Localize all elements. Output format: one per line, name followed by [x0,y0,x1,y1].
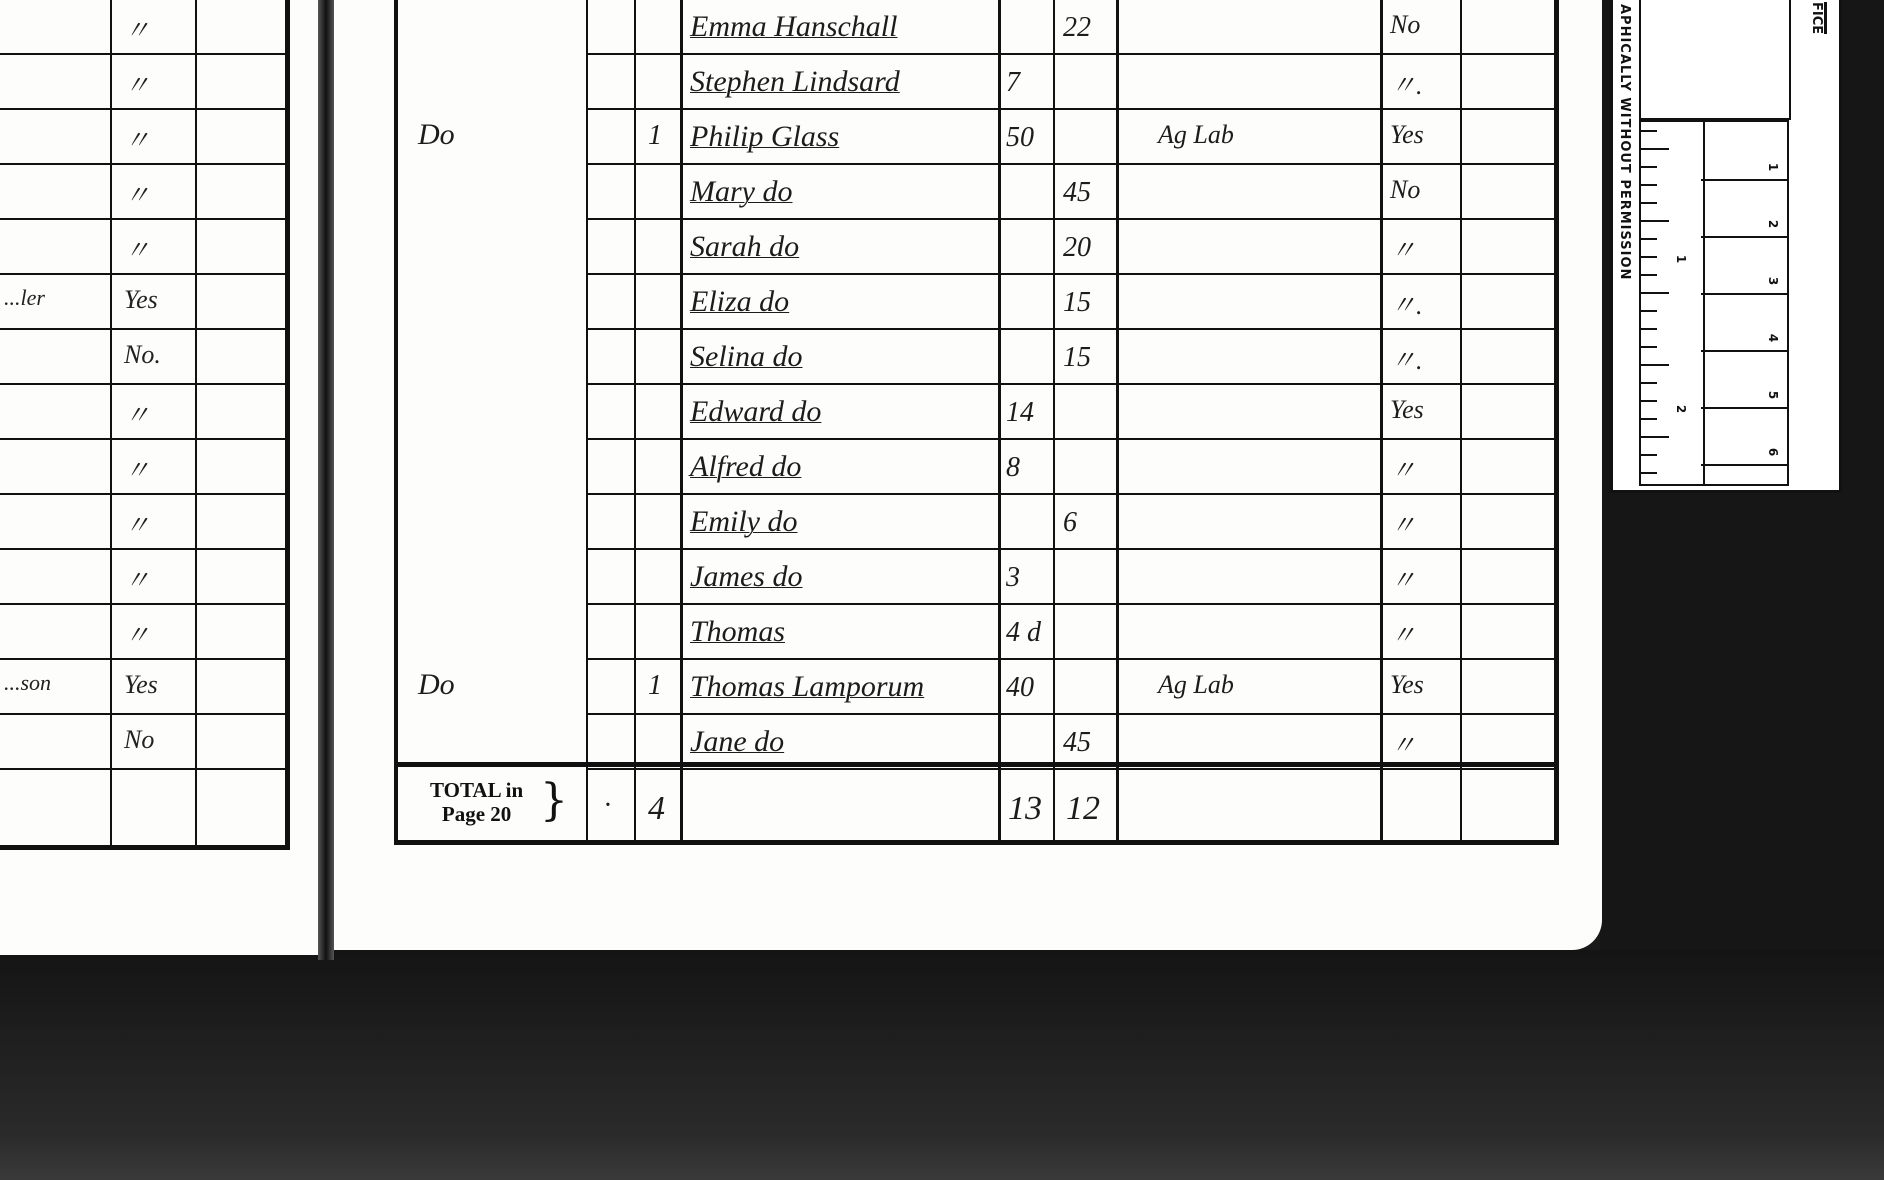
born-in-county: 〃. [1390,340,1423,377]
row-divider [586,163,1554,165]
ruler-tick [1641,382,1657,384]
born-in-county: Yes [124,285,158,315]
person-name: Eliza do [690,285,789,319]
age-male: 4 d [1006,617,1041,649]
born-in-county: 〃 [1390,450,1416,487]
ruler-tick [1641,256,1657,258]
ruler-tick [1641,238,1657,240]
cm-tick [1701,179,1787,181]
person-name: Jane do [690,725,784,759]
person-name: Thomas Lamporum [690,670,924,704]
row-divider [586,328,1554,330]
ruler-tick [1641,184,1657,186]
row-divider [586,548,1554,550]
occupation-fragment: ...son [4,670,51,696]
person-name: Stephen Lindsard [690,65,900,99]
total-label-line2: Page 20 [430,802,523,826]
row-divider [586,108,1554,110]
born-in-county: 〃 [124,65,150,102]
born-in-county: 〃 [1390,560,1416,597]
total-females: 12 [1066,790,1100,828]
born-in-county: 〃 [1390,615,1416,652]
row-divider [586,53,1554,55]
row-divider [586,383,1554,385]
brace-icon: } [540,775,568,826]
occupation: Ag Lab [1158,120,1234,150]
age-female: 15 [1063,342,1091,374]
age-female: 20 [1063,232,1091,264]
row-divider [586,273,1554,275]
ruler-tick [1641,130,1657,132]
born-in-county: 〃 [124,10,150,47]
cm-tick [1701,464,1787,466]
row-divider [586,603,1554,605]
place-ditto: Do [418,118,455,152]
born-in-county: Yes [1390,120,1424,150]
born-in-county: 〃. [1390,65,1423,102]
ruler-tick [1641,310,1657,312]
ruler-tick [1641,400,1657,402]
cm-label: 6 [1766,448,1780,456]
houses-count: 1 [648,120,662,152]
ruler-tick [1641,166,1657,168]
age-female: 45 [1063,177,1091,209]
total-divider [398,762,1554,767]
person-name: Mary do [690,175,792,209]
person-name: Sarah do [690,230,799,264]
row-divider [586,658,1554,660]
born-in-county: 〃 [124,395,150,432]
born-in-county: 〃 [124,615,150,652]
born-in-county: 〃 [124,505,150,542]
born-in-county: 〃 [124,230,150,267]
born-in-county: No [1390,10,1420,40]
inch-scale: 12 [1639,120,1705,486]
left-page-table: 〃〃〃〃〃YesNo.〃〃〃〃〃YesNo...ler...son [0,0,290,850]
cm-label: 3 [1766,277,1780,285]
ruler-tick [1641,292,1669,294]
inch-label: 2 [1674,405,1688,413]
person-name: Emma Hanschall [690,10,897,44]
row-divider [586,218,1554,220]
person-name: Thomas [690,615,785,649]
born-in-county: No. [124,340,161,370]
person-name: James do [690,560,802,594]
ruler-tick [1641,454,1657,456]
born-in-county: 〃 [124,175,150,212]
background-dark-bottom [0,950,1884,1180]
total-houses: 4 [648,790,665,828]
left-page: 〃〃〃〃〃YesNo.〃〃〃〃〃YesNo...ler...son [0,0,318,955]
ruler-tick [1641,346,1657,348]
office-text: FICE [1809,2,1827,34]
person-name: Selina do [690,340,803,374]
ruler-label-box [1639,0,1791,120]
age-male: 14 [1006,397,1034,429]
place-ditto: Do [418,668,455,702]
row-divider [586,438,1554,440]
cm-label: 4 [1766,334,1780,342]
born-in-county: 〃 [1390,505,1416,542]
born-in-county: 〃. [1390,285,1423,322]
age-female: 45 [1063,727,1091,759]
row-divider [586,768,1554,770]
age-female: 15 [1063,287,1091,319]
cm-scale: 123456 [1701,120,1789,486]
total-label-line1: TOTAL in [430,778,523,802]
person-name: Philip Glass [690,120,839,154]
age-male: 40 [1006,672,1034,704]
born-in-county: 〃 [1390,230,1416,267]
ruler-tick [1641,202,1657,204]
row-divider [586,493,1554,495]
total-label: TOTAL in Page 20 [430,778,523,826]
born-in-county: 〃 [124,120,150,157]
book-gutter [318,0,334,960]
born-in-county: 〃 [1390,725,1416,762]
total-uninhabited: · [604,790,611,822]
ruler-tick [1641,148,1669,150]
houses-count: 1 [648,670,662,702]
scale-ruler: APHICALLY WITHOUT PERMISSION FICE 12 123… [1610,0,1842,493]
cm-label: 2 [1766,220,1780,228]
occupation: Ag Lab [1158,670,1234,700]
cm-tick [1701,293,1787,295]
born-in-county: Yes [124,670,158,700]
occupation-fragment: ...ler [4,285,45,311]
born-in-county: 〃 [124,560,150,597]
person-name: Edward do [690,395,821,429]
ruler-tick [1641,472,1657,474]
age-male: 8 [1006,452,1020,484]
total-males: 13 [1008,790,1042,828]
age-male: 7 [1006,67,1020,99]
ruler-tick [1641,436,1669,438]
born-in-county: No [1390,175,1420,205]
row-divider [586,713,1554,715]
inch-label: 1 [1674,255,1688,263]
cm-label: 5 [1766,391,1780,399]
cm-label: 1 [1766,163,1780,171]
cm-tick [1701,407,1787,409]
born-in-county: Yes [1390,395,1424,425]
age-female: 6 [1063,507,1077,539]
cm-tick [1701,350,1787,352]
cm-tick [1701,236,1787,238]
born-in-county: 〃 [124,450,150,487]
ruler-tick [1641,274,1657,276]
ruler-tick [1641,328,1657,330]
census-table: Emma Hanschall22NoStephen Lindsard7〃.1Ph… [394,0,1559,845]
copyright-caption: APHICALLY WITHOUT PERMISSION [1617,4,1632,280]
ruler-tick [1641,220,1669,222]
age-male: 50 [1006,122,1034,154]
age-male: 3 [1006,562,1020,594]
born-in-county: No [124,725,154,755]
born-in-county: Yes [1390,670,1424,700]
age-female: 22 [1063,12,1091,44]
ruler-tick [1641,418,1657,420]
ruler-tick [1641,364,1669,366]
person-name: Emily do [690,505,797,539]
person-name: Alfred do [690,450,801,484]
